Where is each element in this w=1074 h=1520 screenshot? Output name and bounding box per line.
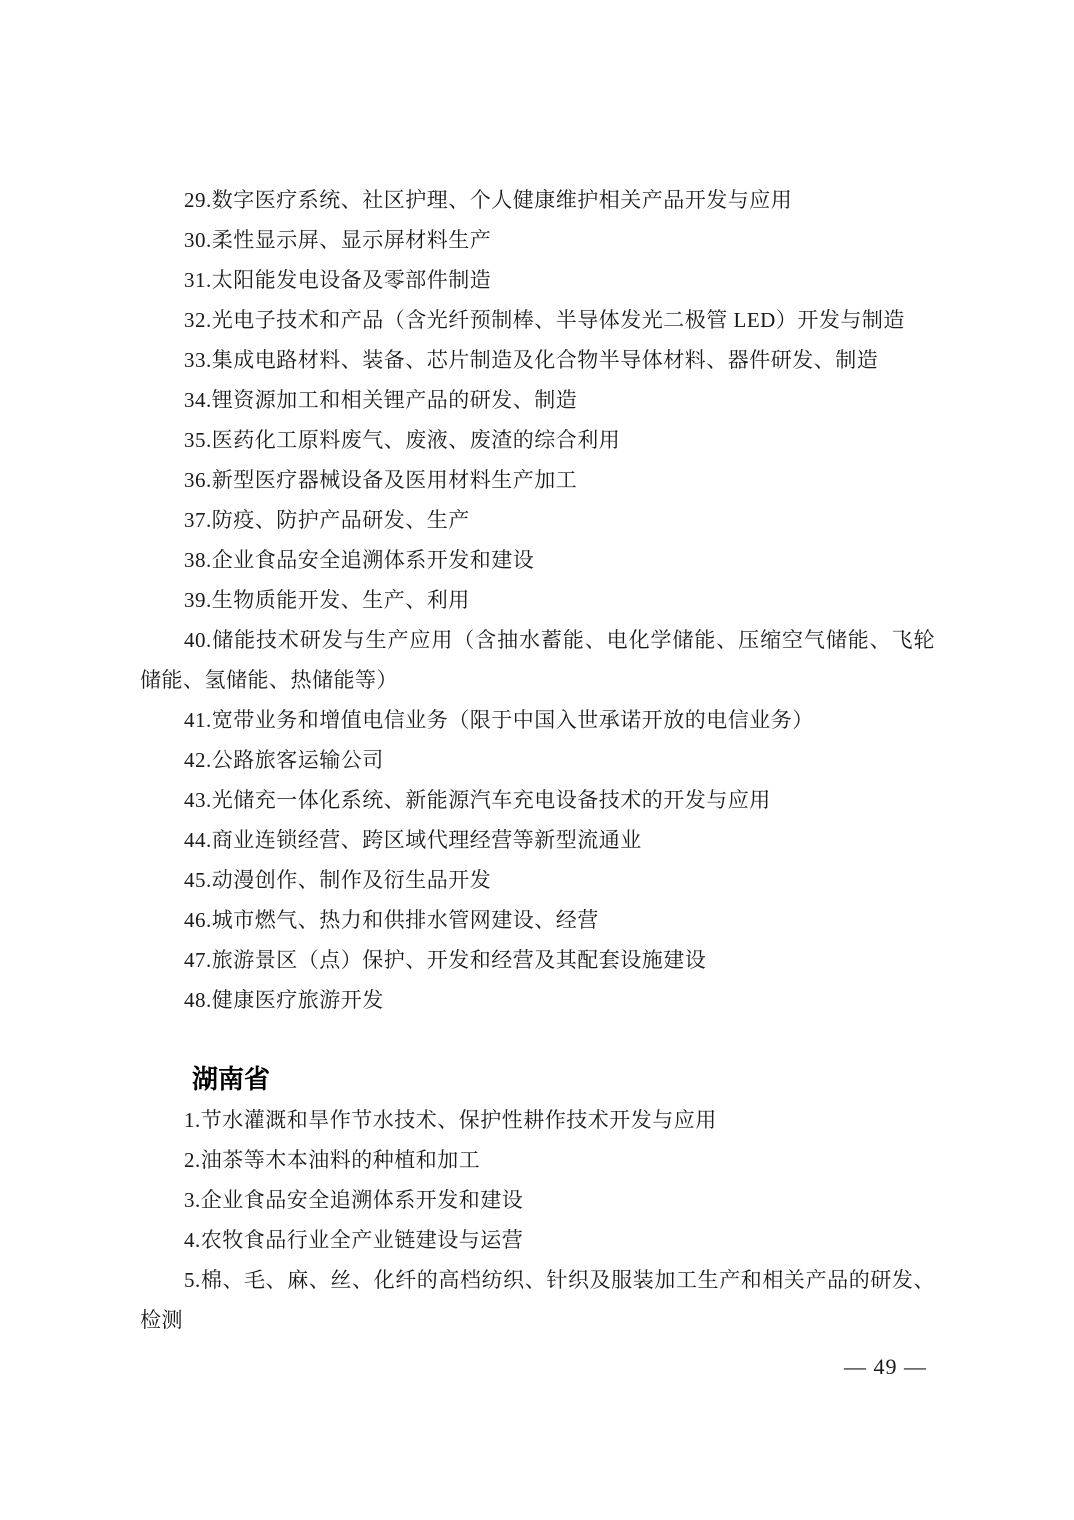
list-item: 35.医药化工原料废气、废液、废渣的综合利用: [140, 420, 935, 460]
list-item: 43.光储充一体化系统、新能源汽车充电设备技术的开发与应用: [140, 780, 935, 820]
list-item: 31.太阳能发电设备及零部件制造: [140, 260, 935, 300]
list-item: 3.企业食品安全追溯体系开发和建设: [140, 1180, 935, 1220]
list-item: 30.柔性显示屏、显示屏材料生产: [140, 220, 935, 260]
document-page: 29.数字医疗系统、社区护理、个人健康维护相关产品开发与应用 30.柔性显示屏、…: [0, 0, 1074, 1520]
list-item: 29.数字医疗系统、社区护理、个人健康维护相关产品开发与应用: [140, 180, 935, 220]
list-item: 37.防疫、防护产品研发、生产: [140, 500, 935, 540]
list-item: 36.新型医疗器械设备及医用材料生产加工: [140, 460, 935, 500]
list-item: 46.城市燃气、热力和供排水管网建设、经营: [140, 900, 935, 940]
list-item: 32.光电子技术和产品（含光纤预制棒、半导体发光二极管 LED）开发与制造: [140, 300, 935, 340]
list-item: 44.商业连锁经营、跨区域代理经营等新型流通业: [140, 820, 935, 860]
list-item: 1.节水灌溉和旱作节水技术、保护性耕作技术开发与应用: [140, 1100, 935, 1140]
page-number: — 49 —: [844, 1352, 927, 1382]
section-heading-hunan: 湖南省: [140, 1060, 935, 1100]
list-item: 2.油茶等木本油料的种植和加工: [140, 1140, 935, 1180]
list-item: 4.农牧食品行业全产业链建设与运营: [140, 1220, 935, 1260]
list-item: 40.储能技术研发与生产应用（含抽水蓄能、电化学储能、压缩空气储能、飞轮储能、氢…: [140, 620, 935, 700]
list-item: 39.生物质能开发、生产、利用: [140, 580, 935, 620]
list-item: 45.动漫创作、制作及衍生品开发: [140, 860, 935, 900]
list-item: 33.集成电路材料、装备、芯片制造及化合物半导体材料、器件研发、制造: [140, 340, 935, 380]
list-item: 34.锂资源加工和相关锂产品的研发、制造: [140, 380, 935, 420]
list-item: 48.健康医疗旅游开发: [140, 980, 935, 1020]
list-item: 47.旅游景区（点）保护、开发和经营及其配套设施建设: [140, 940, 935, 980]
document-body: 29.数字医疗系统、社区护理、个人健康维护相关产品开发与应用 30.柔性显示屏、…: [140, 180, 935, 1340]
list-item: 38.企业食品安全追溯体系开发和建设: [140, 540, 935, 580]
list-item: 42.公路旅客运输公司: [140, 740, 935, 780]
list-item: 41.宽带业务和增值电信业务（限于中国入世承诺开放的电信业务）: [140, 700, 935, 740]
list-item: 5.棉、毛、麻、丝、化纤的高档纺织、针织及服装加工生产和相关产品的研发、检测: [140, 1260, 935, 1340]
